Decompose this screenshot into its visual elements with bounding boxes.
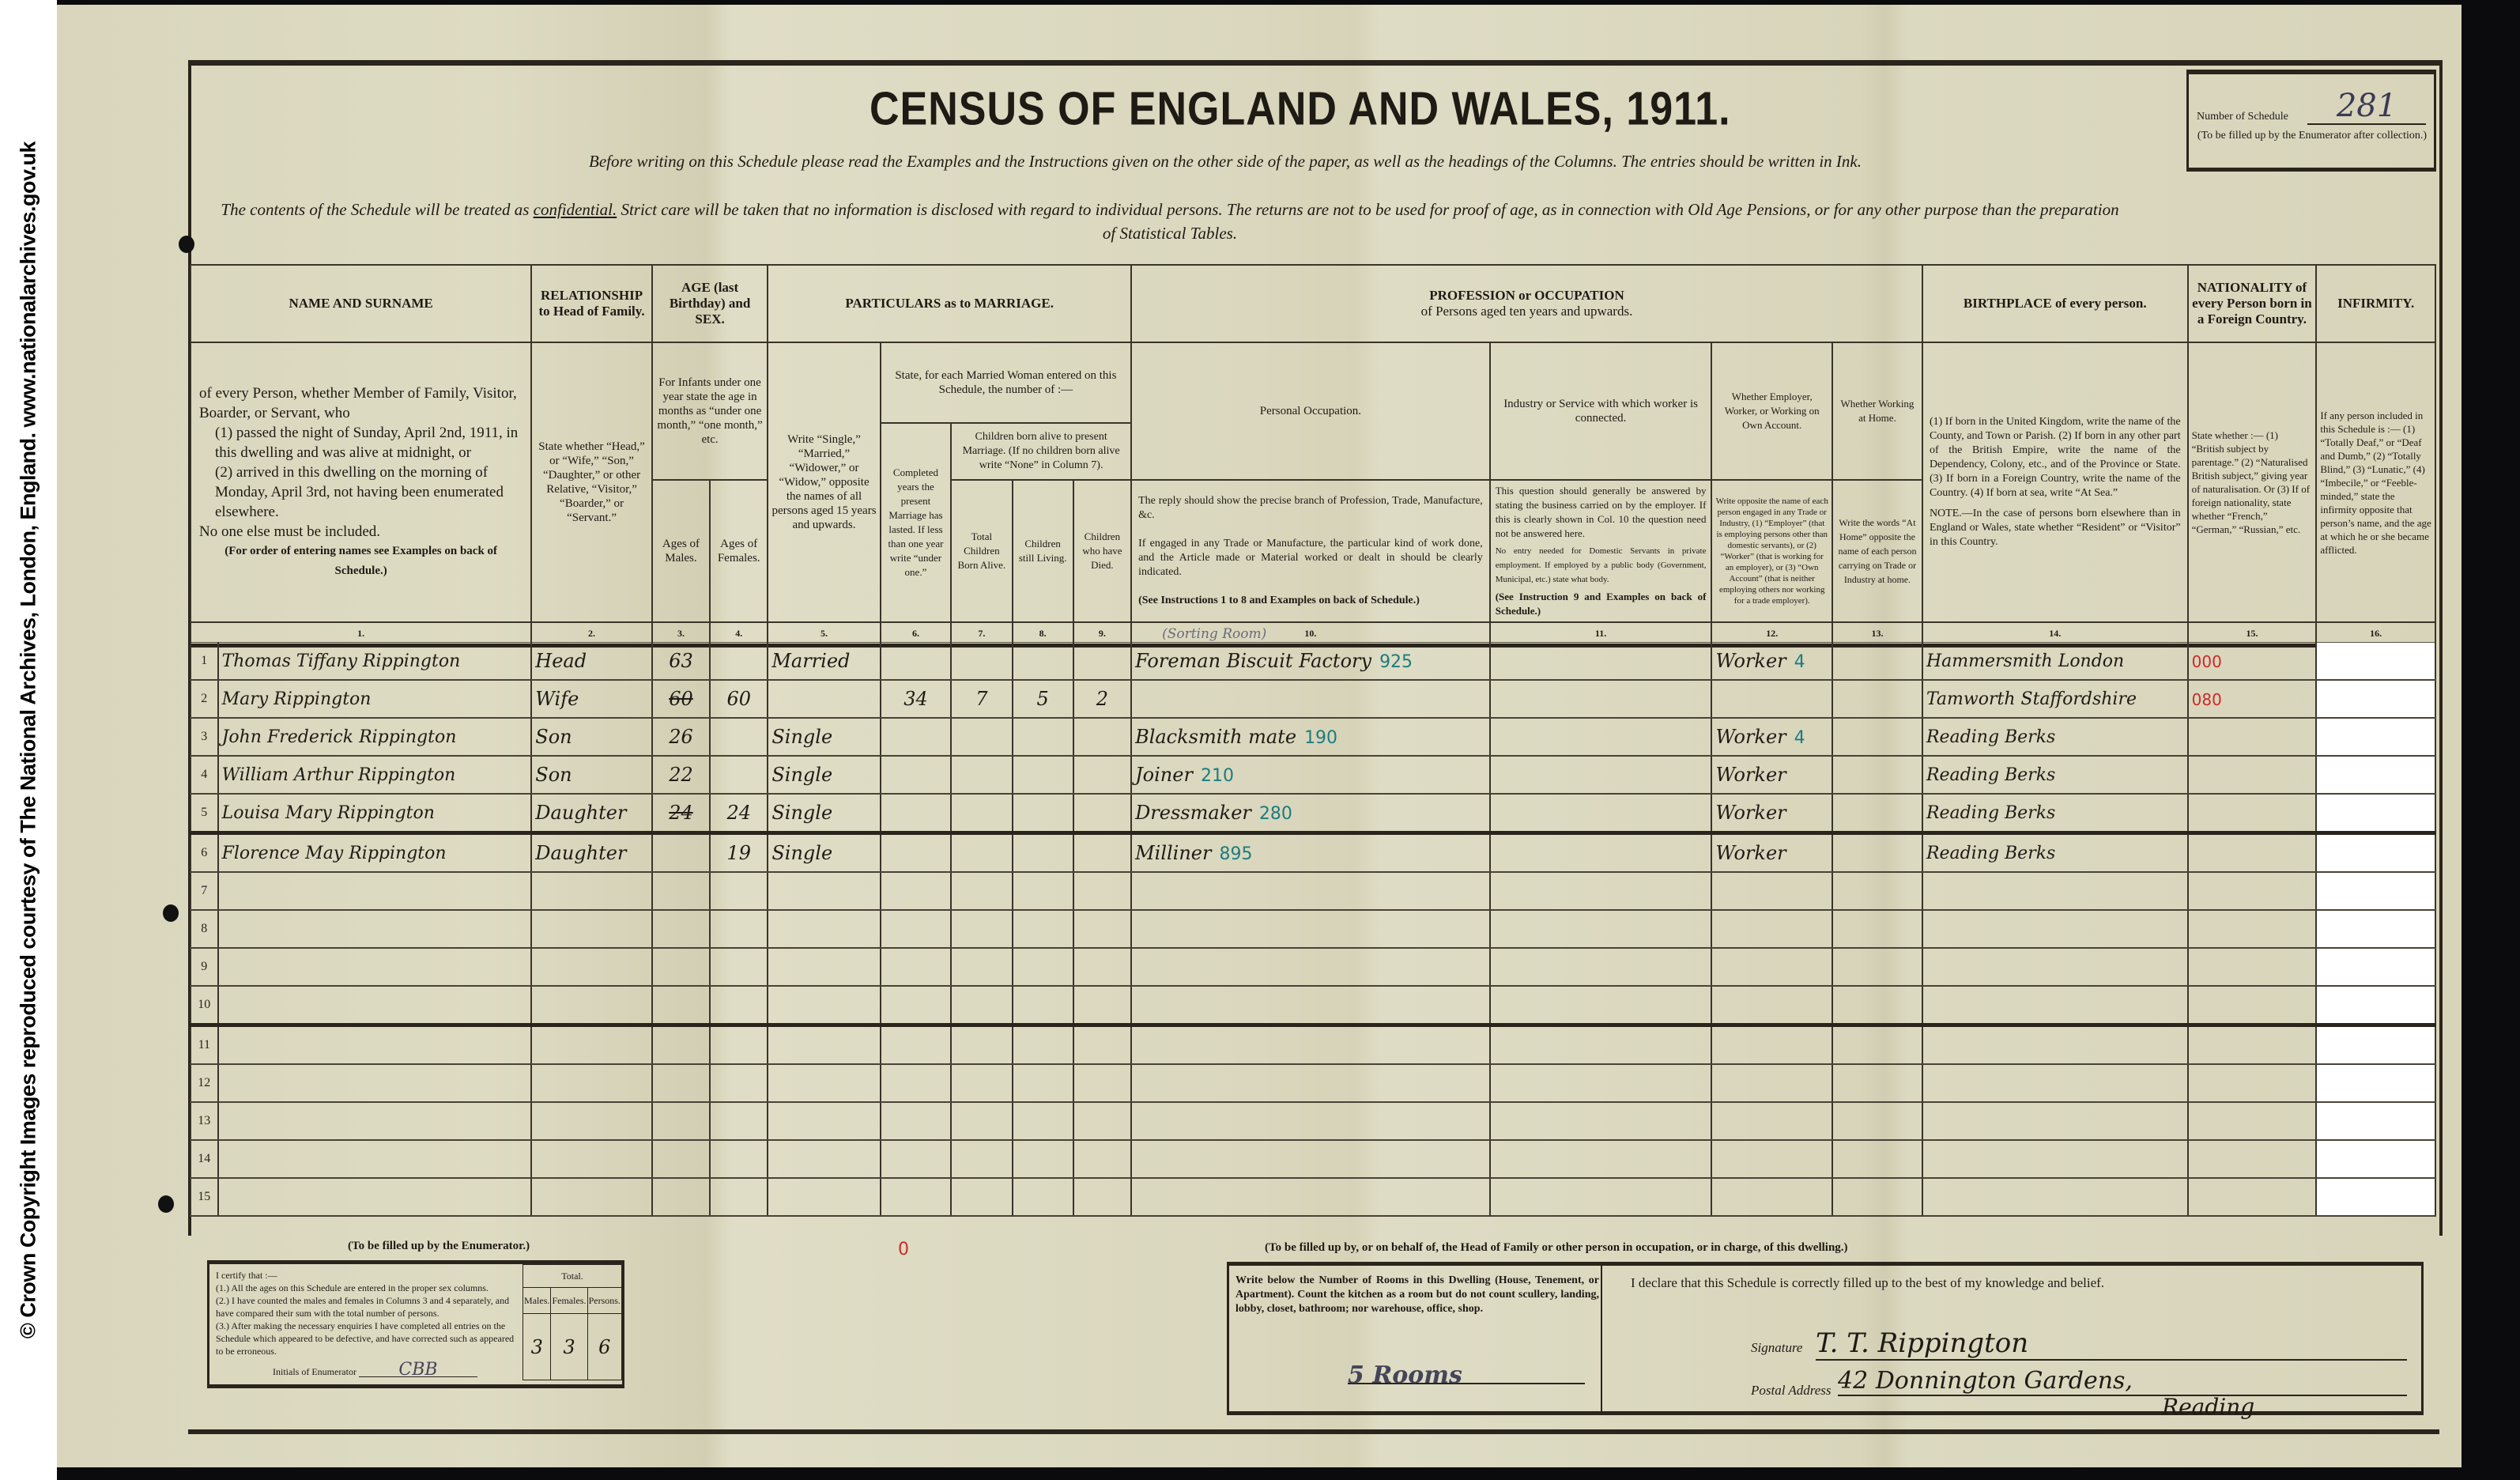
cell-occupation: (Sorting Room)Foreman Biscuit Factory925 (1131, 643, 1490, 681)
table-row: 11 (191, 1025, 2435, 1065)
cell-nationality-code (2188, 948, 2317, 986)
cell-relationship: Wife (531, 680, 652, 718)
cell-years (881, 872, 952, 910)
ages-of-females-label: Ages of Females. (710, 480, 768, 622)
cell-marriage (768, 910, 880, 948)
cell-infirmity (2316, 718, 2435, 756)
cell-age-m: 63 (652, 643, 710, 681)
cell-name (218, 1102, 532, 1140)
cell-industry (1490, 794, 1712, 833)
cell-home (1832, 1025, 1922, 1065)
cell-living (1013, 1064, 1073, 1102)
birthplace-instructions: (1) If born in the United Kingdom, write… (1922, 342, 2188, 622)
cell-birthplace: Reading Berks (1922, 794, 2188, 833)
cell-died (1073, 986, 1131, 1025)
occupation-note: (Sorting Room) (1162, 626, 1266, 642)
row-number: 15 (191, 1178, 218, 1216)
home-label: Whether Working at Home. (1832, 342, 1922, 480)
cell-employer (1711, 680, 1832, 718)
occupation-code: 190 (1304, 728, 1337, 748)
cell-living (1013, 1178, 1073, 1216)
signature-value: T. T. Rippington (1816, 1327, 2407, 1361)
rooms-value: 5 Rooms (1348, 1369, 1585, 1384)
cell-occupation (1131, 910, 1490, 948)
totals-box: Total. Males.Females.Persons. 336 (522, 1264, 622, 1380)
cell-age-f (710, 1025, 768, 1065)
cell-industry (1490, 948, 1712, 986)
cell-born (951, 756, 1012, 794)
cell-living (1013, 1025, 1073, 1065)
personal-occupation-label: Personal Occupation. (1131, 342, 1490, 480)
cell-industry (1490, 718, 1712, 756)
cell-occupation: Blacksmith mate190 (1131, 718, 1490, 756)
col-header-name: NAME AND SURNAME (191, 265, 531, 342)
binding-hole (158, 1195, 174, 1213)
occupation-code: 925 (1379, 652, 1413, 672)
cell-name: Louisa Mary Rippington (218, 794, 532, 833)
cell-living (1013, 986, 1073, 1025)
cell-age-f (710, 910, 768, 948)
table-row: 13 (191, 1102, 2435, 1140)
cell-home (1832, 872, 1922, 910)
table-row: 4William Arthur RippingtonSon22SingleJoi… (191, 756, 2435, 794)
cell-marriage (768, 680, 880, 718)
cell-relationship (531, 872, 652, 910)
row-number: 8 (191, 910, 218, 948)
cell-relationship (531, 1140, 652, 1178)
cell-age-f (710, 1140, 768, 1178)
cell-years (881, 794, 952, 833)
cell-died (1073, 948, 1131, 986)
cell-industry (1490, 1140, 1712, 1178)
schedule-number-value: 281 (2307, 89, 2426, 125)
cell-nationality-code: 080 (2188, 680, 2317, 718)
cell-age-m: 22 (652, 756, 710, 794)
cell-infirmity (2316, 986, 2435, 1025)
cell-age-f (710, 1102, 768, 1140)
cell-nationality-code (2188, 756, 2317, 794)
cell-born (951, 872, 1012, 910)
name-instructions: of every Person, whether Member of Famil… (191, 342, 531, 622)
cell-age-f (710, 948, 768, 986)
cell-years (881, 1102, 952, 1140)
cell-employer: Worker4 (1711, 718, 1832, 756)
cell-name (218, 1178, 532, 1216)
cell-age-m (652, 910, 710, 948)
cell-home (1832, 1178, 1922, 1216)
cell-died (1073, 1178, 1131, 1216)
cell-birthplace (1922, 910, 2188, 948)
cell-age-f: 60 (710, 680, 768, 718)
marriage-status-instructions: Write “Single,” “Married,” “Widower,” or… (768, 342, 880, 622)
cell-industry (1490, 643, 1712, 681)
home-instructions: Write the words “At Home” opposite the n… (1832, 480, 1922, 622)
cell-infirmity (2316, 1178, 2435, 1216)
cell-home (1832, 1102, 1922, 1140)
col-header-marriage: PARTICULARS as to MARRIAGE. (768, 265, 1131, 342)
table-row: 15 (191, 1178, 2435, 1216)
cell-name (218, 872, 532, 910)
cell-died (1073, 1064, 1131, 1102)
cell-born (951, 833, 1012, 873)
col-header-infirmity: INFIRMITY. (2316, 265, 2435, 342)
cell-marriage (768, 948, 880, 986)
infirmity-instructions: If any person included in this Schedule … (2316, 342, 2435, 622)
cell-years (881, 986, 952, 1025)
row-number: 1 (191, 643, 218, 681)
cell-born (951, 718, 1012, 756)
row-number: 12 (191, 1064, 218, 1102)
total-females: 3 (551, 1314, 587, 1380)
cell-relationship: Daughter (531, 833, 652, 873)
schedule-number-box: Number of Schedule 281 (To be filled up … (2186, 70, 2436, 172)
cell-infirmity (2316, 1102, 2435, 1140)
cell-industry (1490, 833, 1712, 873)
table-row: 8 (191, 910, 2435, 948)
cell-age-f: 24 (710, 794, 768, 833)
cell-occupation: Dressmaker280 (1131, 794, 1490, 833)
document-title: CENSUS OF ENGLAND AND WALES, 1911. (870, 82, 1731, 137)
row-number: 4 (191, 756, 218, 794)
employer-code: 4 (1794, 728, 1805, 748)
cell-employer (1711, 872, 1832, 910)
cell-birthplace (1922, 1025, 2188, 1065)
row-number: 13 (191, 1102, 218, 1140)
cell-marriage: Single (768, 718, 880, 756)
cell-home (1832, 680, 1922, 718)
cell-marriage (768, 1102, 880, 1140)
binding-hole (179, 236, 194, 253)
cell-home (1832, 948, 1922, 986)
cell-nationality-code (2188, 1102, 2317, 1140)
cell-age-m (652, 986, 710, 1025)
cell-age-m: 26 (652, 718, 710, 756)
cell-marriage (768, 872, 880, 910)
cell-relationship (531, 1025, 652, 1065)
header-row: NAME AND SURNAME RELATIONSHIP to Head of… (191, 265, 2435, 342)
cell-occupation: Milliner895 (1131, 833, 1490, 873)
table-row: 10 (191, 986, 2435, 1025)
cell-years (881, 1064, 952, 1102)
cell-industry (1490, 910, 1712, 948)
cell-marriage (768, 1025, 880, 1065)
cell-birthplace (1922, 1178, 2188, 1216)
col-header-nationality: NATIONALITY of every Person born in a Fo… (2188, 265, 2317, 342)
cell-name (218, 948, 532, 986)
cell-birthplace (1922, 948, 2188, 986)
cell-occupation (1131, 872, 1490, 910)
cell-occupation (1131, 1025, 1490, 1065)
cell-name: John Frederick Rippington (218, 718, 532, 756)
nationality-instructions: State whether :— (1) “British subject by… (2188, 342, 2317, 622)
cell-occupation (1131, 1064, 1490, 1102)
cell-relationship: Son (531, 756, 652, 794)
industry-label: Industry or Service with which worker is… (1490, 342, 1712, 480)
cell-relationship (531, 1178, 652, 1216)
cell-age-m (652, 833, 710, 873)
cell-years: 34 (881, 680, 952, 718)
cell-industry (1490, 680, 1712, 718)
employer-code: 4 (1794, 652, 1805, 672)
cell-years (881, 643, 952, 681)
table-row: 12 (191, 1064, 2435, 1102)
cell-birthplace: Hammersmith London (1922, 643, 2188, 681)
cell-born (951, 1064, 1012, 1102)
cell-occupation: Joiner210 (1131, 756, 1490, 794)
employer-label: Whether Employer, Worker, or Working on … (1711, 342, 1832, 480)
col-header-relationship: RELATIONSHIP to Head of Family. (531, 265, 652, 342)
cell-nationality-code (2188, 1140, 2317, 1178)
cell-home (1832, 756, 1922, 794)
table-row: 5Louisa Mary RippingtonDaughter2424Singl… (191, 794, 2435, 833)
cell-nationality-code (2188, 1178, 2317, 1216)
cell-marriage (768, 1178, 880, 1216)
cell-employer (1711, 1064, 1832, 1102)
cell-industry (1490, 1102, 1712, 1140)
cell-occupation (1131, 948, 1490, 986)
row-number: 6 (191, 833, 218, 873)
cell-years (881, 756, 952, 794)
cell-living (1013, 910, 1073, 948)
cell-living (1013, 872, 1073, 910)
cell-employer (1711, 1102, 1832, 1140)
cell-name (218, 986, 532, 1025)
cell-marriage: Single (768, 794, 880, 833)
cell-died (1073, 794, 1131, 833)
table-row: 2Mary RippingtonWife606034752Tamworth St… (191, 680, 2435, 718)
cell-marriage: Married (768, 643, 880, 681)
cell-marriage (768, 1140, 880, 1178)
cell-age-f (710, 1178, 768, 1216)
occupation-code: 210 (1201, 766, 1234, 786)
cell-age-m (652, 1140, 710, 1178)
cell-died (1073, 910, 1131, 948)
cell-home (1832, 718, 1922, 756)
occupation-code: 280 (1259, 804, 1292, 824)
cell-infirmity (2316, 948, 2435, 986)
total-males: 3 (523, 1314, 551, 1380)
cell-relationship (531, 986, 652, 1025)
cell-age-f (710, 872, 768, 910)
cell-home (1832, 986, 1922, 1025)
cell-age-f (710, 986, 768, 1025)
total-persons: 6 (587, 1314, 621, 1380)
cell-name: William Arthur Rippington (218, 756, 532, 794)
enumerator-section-title: (To be filled up by the Enumerator.) (348, 1240, 530, 1253)
relationship-instructions: State whether “Head,” or “Wife,” “Son,” … (531, 342, 652, 622)
cell-years (881, 948, 952, 986)
cell-living: 5 (1013, 680, 1073, 718)
cell-home (1832, 1140, 1922, 1178)
cell-age-m: 60 (652, 680, 710, 718)
instruction-text: Before writing on this Schedule please r… (316, 152, 2134, 172)
cell-marriage (768, 1064, 880, 1102)
total-children-label: Total Children Born Alive. (951, 480, 1012, 622)
cell-industry (1490, 1178, 1712, 1216)
cell-years (881, 910, 952, 948)
table-row: 3John Frederick RippingtonSon26SingleBla… (191, 718, 2435, 756)
enumerator-certificate: I certify that :— (1.) All the ages on t… (207, 1260, 624, 1388)
cell-industry (1490, 986, 1712, 1025)
cell-died (1073, 1102, 1131, 1140)
cell-born (951, 794, 1012, 833)
cell-age-m (652, 948, 710, 986)
cell-age-f: 19 (710, 833, 768, 873)
cell-born (951, 910, 1012, 948)
cell-occupation (1131, 680, 1490, 718)
cell-employer: Worker (1711, 756, 1832, 794)
cell-years (881, 1178, 952, 1216)
table-row: 14 (191, 1140, 2435, 1178)
nationality-code: 080 (2192, 690, 2222, 709)
cell-born: 7 (951, 680, 1012, 718)
cell-age-m (652, 1102, 710, 1140)
census-entries-table: 1Thomas Tiffany RippingtonHead63Married(… (190, 642, 2436, 1217)
cell-occupation (1131, 1178, 1490, 1216)
cell-name (218, 1064, 532, 1102)
cell-name: Mary Rippington (218, 680, 532, 718)
cell-occupation (1131, 1102, 1490, 1140)
cell-age-m (652, 1178, 710, 1216)
cell-age-m (652, 872, 710, 910)
col-header-age: AGE (last Birthday) and SEX. (652, 265, 768, 342)
cell-employer (1711, 1140, 1832, 1178)
cell-employer (1711, 948, 1832, 986)
cell-employer: Worker (1711, 794, 1832, 833)
schedule-number-label: Number of Schedule (2197, 111, 2288, 123)
cell-infirmity (2316, 643, 2435, 681)
cell-birthplace (1922, 986, 2188, 1025)
cell-birthplace: Reading Berks (1922, 718, 2188, 756)
cell-born (951, 1140, 1012, 1178)
children-died-label: Children who have Died. (1073, 480, 1131, 622)
cell-nationality-code (2188, 1064, 2317, 1102)
cell-home (1832, 833, 1922, 873)
cell-name (218, 1140, 532, 1178)
table-row: 6Florence May RippingtonDaughter19Single… (191, 833, 2435, 873)
cell-died: 2 (1073, 680, 1131, 718)
cell-died (1073, 1140, 1131, 1178)
cell-infirmity (2316, 794, 2435, 833)
cell-nationality-code (2188, 986, 2317, 1025)
table-row: 9 (191, 948, 2435, 986)
row-number: 5 (191, 794, 218, 833)
cell-relationship (531, 1064, 652, 1102)
cell-age-f (710, 718, 768, 756)
cell-relationship (531, 910, 652, 948)
employer-instructions: Write opposite the name of each person e… (1711, 480, 1832, 622)
cell-living (1013, 1140, 1073, 1178)
cell-marriage (768, 986, 880, 1025)
cell-home (1832, 1064, 1922, 1102)
cell-died (1073, 643, 1131, 681)
cell-occupation (1131, 1140, 1490, 1178)
cell-marriage: Single (768, 756, 880, 794)
row-number: 10 (191, 986, 218, 1025)
row-number: 9 (191, 948, 218, 986)
cell-infirmity (2316, 1025, 2435, 1065)
cell-relationship: Head (531, 643, 652, 681)
cell-birthplace (1922, 1064, 2188, 1102)
cell-nationality-code (2188, 1025, 2317, 1065)
cell-industry (1490, 1025, 1712, 1065)
cell-born (951, 1178, 1012, 1216)
cell-age-m (652, 1025, 710, 1065)
cell-died (1073, 756, 1131, 794)
cell-born (951, 986, 1012, 1025)
children-instructions: Children born alive to present Marriage.… (951, 423, 1131, 480)
declaration-box: I declare that this Schedule is correctl… (1609, 1266, 2415, 1411)
head-section-title: (To be filled up by, or on behalf of, th… (1265, 1241, 1848, 1255)
married-woman-instructions: State, for each Married Woman entered on… (881, 342, 1131, 423)
cell-living (1013, 833, 1073, 873)
cell-years (881, 1025, 952, 1065)
cell-employer (1711, 910, 1832, 948)
col-header-birthplace: BIRTHPLACE of every person. (1922, 265, 2188, 342)
cell-birthplace: Reading Berks (1922, 756, 2188, 794)
personal-occupation-instructions: The reply should show the precise branch… (1131, 480, 1490, 622)
cell-died (1073, 833, 1131, 873)
cell-birthplace: Tamworth Staffordshire (1922, 680, 2188, 718)
children-living-label: Children still Living. (1013, 480, 1073, 622)
cell-name: Florence May Rippington (218, 833, 532, 873)
cell-home (1832, 910, 1922, 948)
cell-infirmity (2316, 833, 2435, 873)
row-number: 11 (191, 1025, 218, 1065)
cell-age-m: 24 (652, 794, 710, 833)
cell-nationality-code (2188, 794, 2317, 833)
nationality-code: 000 (2192, 652, 2222, 671)
cell-age-f (710, 1064, 768, 1102)
occupation-code: 895 (1219, 844, 1252, 864)
cell-name: Thomas Tiffany Rippington (218, 643, 532, 681)
cell-living (1013, 643, 1073, 681)
postal-address-line2: Reading (2162, 1394, 2254, 1420)
cell-infirmity (2316, 680, 2435, 718)
cell-birthplace (1922, 1140, 2188, 1178)
row-number: 3 (191, 718, 218, 756)
cell-years (881, 1140, 952, 1178)
cell-home (1832, 794, 1922, 833)
copyright-credit: © Crown Copyright Images reproduced cour… (0, 0, 57, 1480)
cell-marriage: Single (768, 833, 880, 873)
cell-infirmity (2316, 872, 2435, 910)
cell-born (951, 643, 1012, 681)
age-instructions: For Infants under one year state the age… (652, 342, 768, 480)
cell-birthplace (1922, 1102, 2188, 1140)
cell-industry (1490, 1064, 1712, 1102)
cell-nationality-code (2188, 718, 2317, 756)
cell-name (218, 1025, 532, 1065)
cell-nationality-code (2188, 872, 2317, 910)
head-of-family-box: Write below the Number of Rooms in this … (1227, 1262, 2424, 1415)
cell-employer: Worker4 (1711, 643, 1832, 681)
industry-instructions: This question should generally be answer… (1490, 480, 1712, 622)
schedule-number-note: (To be filled up by the Enumerator after… (2195, 130, 2429, 142)
postal-address-value: 42 Donnington Gardens, (1838, 1367, 2407, 1396)
confidential-notice: The contents of the Schedule will be tre… (213, 198, 2126, 245)
ages-of-males-label: Ages of Males. (652, 480, 710, 622)
cell-died (1073, 1025, 1131, 1065)
row-number: 2 (191, 680, 218, 718)
cell-birthplace: Reading Berks (1922, 833, 2188, 873)
cell-infirmity (2316, 910, 2435, 948)
cell-years (881, 833, 952, 873)
row-number: 14 (191, 1140, 218, 1178)
binding-hole (163, 904, 179, 922)
cell-relationship (531, 948, 652, 986)
cell-born (951, 1102, 1012, 1140)
